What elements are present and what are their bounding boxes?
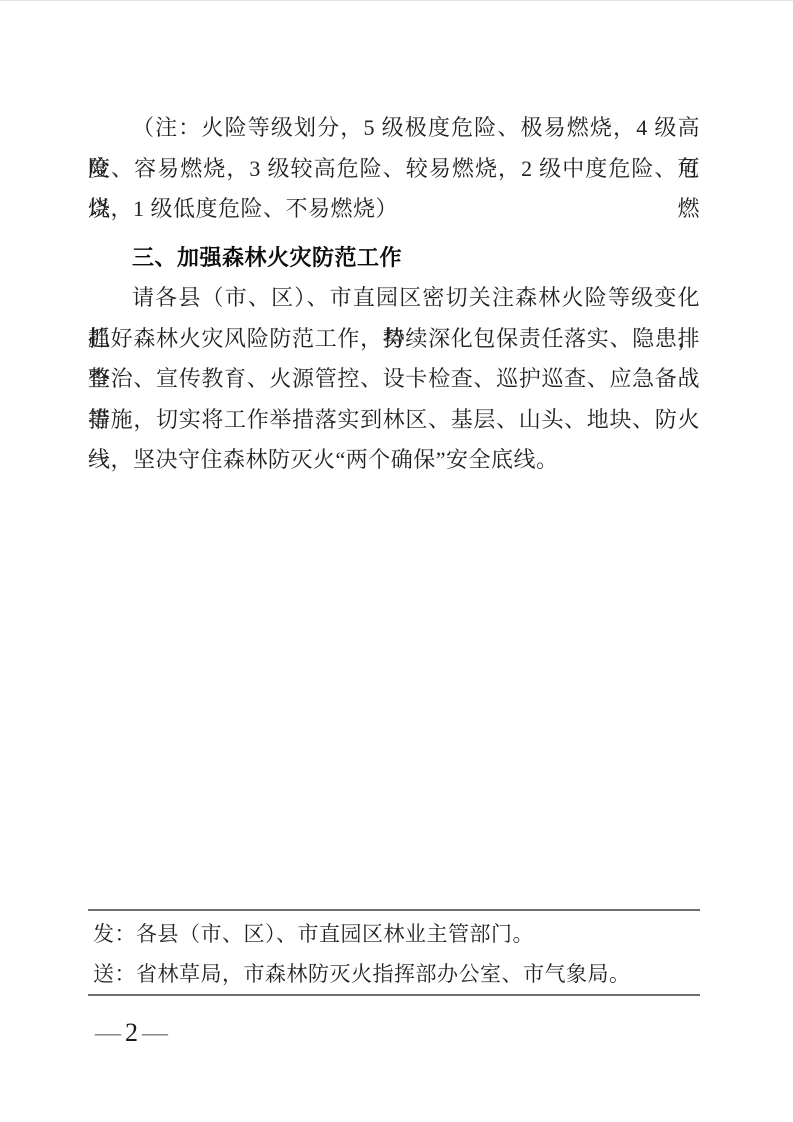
section-heading: 三、加强森林火灾防范工作	[88, 238, 700, 279]
document-body: （注：火险等级划分，5 级极度危险、极易燃烧，4 级高度危 险、容易燃烧，3 级…	[88, 108, 700, 481]
note-paragraph-line: （注：火险等级划分，5 级极度危险、极易燃烧，4 级高度危	[88, 108, 700, 149]
body-paragraph: 请各县（市、区）、市直园区密切关注森林火险等级变化趋势， 抓好森林火灾风险防范工…	[88, 278, 700, 481]
body-paragraph-line: 请各县（市、区）、市直园区密切关注森林火险等级变化趋势，	[88, 278, 700, 319]
page-number-value: 2	[125, 1020, 138, 1046]
note-paragraph: （注：火险等级划分，5 级极度危险、极易燃烧，4 级高度危 险、容易燃烧，3 级…	[88, 108, 700, 230]
document-page: （注：火险等级划分，5 级极度危险、极易燃烧，4 级高度危 险、容易燃烧，3 级…	[0, 0, 793, 1122]
distribution-block: 发：各县（市、区）、市直园区林业主管部门。 送：省林草局，市森林防灭火指挥部办公…	[88, 909, 700, 996]
note-paragraph-line: 险、容易燃烧，3 级较高危险、较易燃烧，2 级中度危险、可以燃	[88, 149, 700, 190]
page-number-left-dash: —	[95, 1020, 121, 1046]
body-paragraph-line: 整治、宣传教育、火源管控、设卡检查、巡护巡查、应急备战等	[88, 359, 700, 400]
page-number-right-dash: —	[142, 1020, 168, 1046]
body-paragraph-line: 抓好森林火灾风险防范工作，持续深化包保责任落实、隐患排查	[88, 319, 700, 360]
page-number: — 2 —	[95, 1018, 168, 1048]
body-paragraph-line: 措施，切实将工作举措落实到林区、基层、山头、地块、防火一	[88, 400, 700, 441]
issued-to-line: 发：各县（市、区）、市直园区林业主管部门。	[88, 914, 700, 954]
copied-to-line: 送：省林草局，市森林防灭火指挥部办公室、市气象局。	[88, 954, 700, 994]
body-paragraph-line: 线，坚决守住森林防灭火“两个确保”安全底线。	[88, 440, 700, 481]
